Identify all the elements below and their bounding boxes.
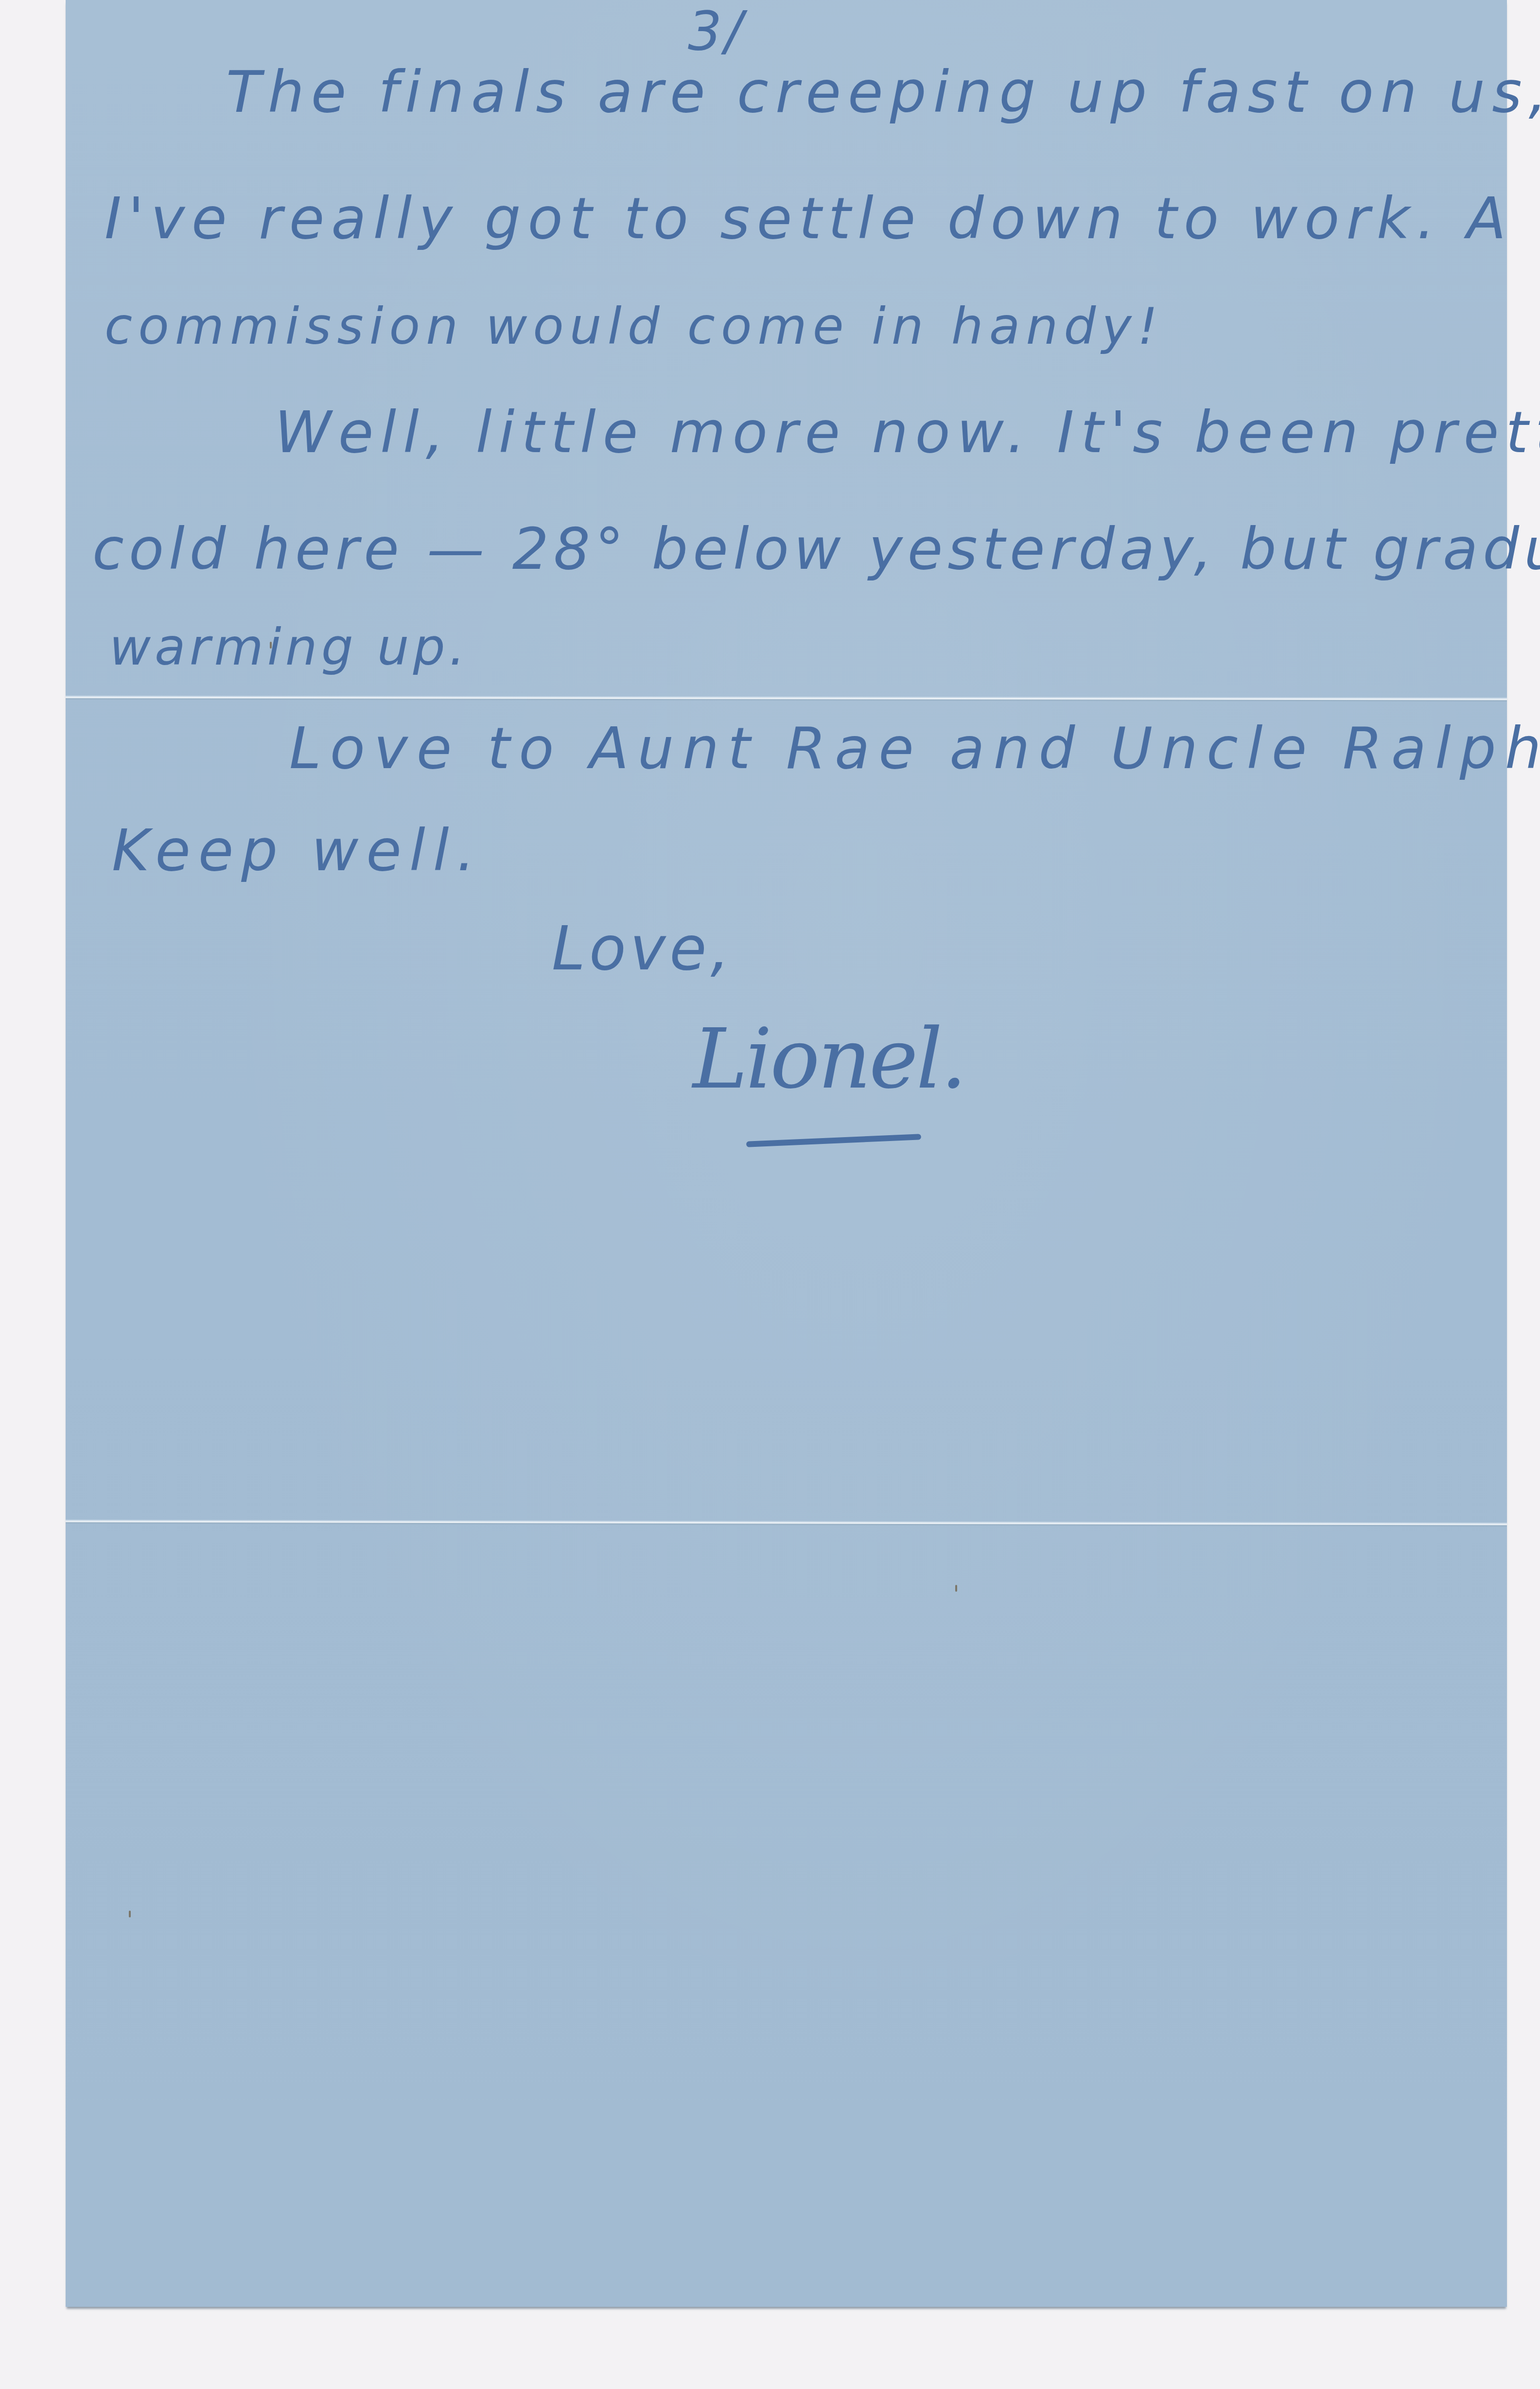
letter-line-6: warming up. (109, 617, 469, 677)
letter-line-5: cold here — 28° below yesterday, but gra… (92, 515, 1540, 582)
paper-fold-line (66, 1519, 1507, 1527)
letter-line-7: Love to Aunt Rae and Uncle Ralph. (289, 715, 1540, 782)
paper-fold-line (66, 695, 1507, 702)
letter-line-4: Well, little more now. It's been pretty (275, 399, 1540, 466)
letter-page: 3/ The finals are creeping up fast on us… (66, 0, 1507, 2307)
letter-line-3: commission would come in handy! (105, 297, 1164, 356)
paper-speck (955, 1585, 957, 1592)
signature: Lionel. (693, 1011, 965, 1107)
letter-closing: Love, (552, 914, 734, 984)
signature-underline (746, 1134, 921, 1147)
page-number: 3/ (688, 0, 746, 62)
letter-line-2: I've really got to settle down to work. … (105, 185, 1513, 252)
paper-speck (129, 1911, 131, 1917)
letter-line-1: The finals are creeping up fast on us, a… (226, 58, 1540, 125)
letter-line-8: Keep well. (112, 817, 483, 884)
